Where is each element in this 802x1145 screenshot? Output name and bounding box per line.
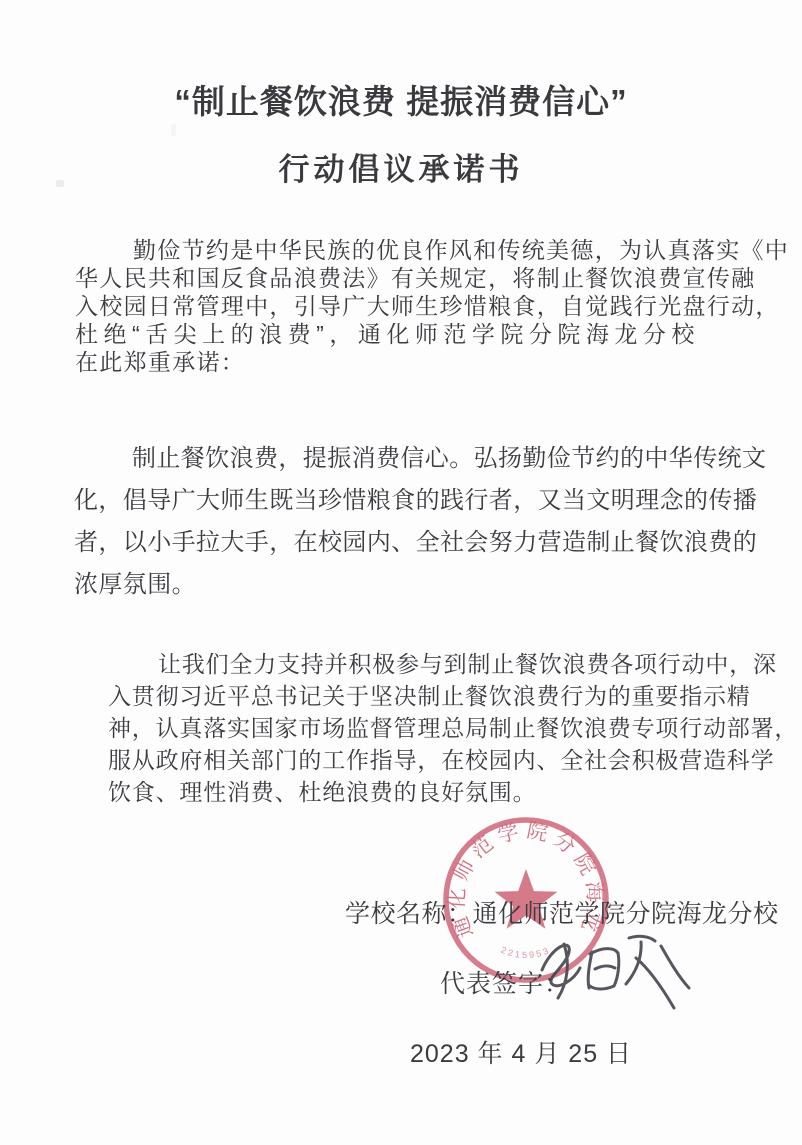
body-line: 化，倡导广大师生既当珍惜粮食的践行者，又当文明理念的传播 bbox=[74, 480, 735, 522]
body-line: 入校园日常管理中，引导广大师生珍惜粮食，自觉践行光盘行动， bbox=[75, 292, 735, 320]
body-line: 华人民共和国反食品浪费法》有关规定，将制止餐饮浪费宣传融 bbox=[75, 264, 735, 292]
body-line: 勤俭节约是中华民族的优良作风和传统美德，为认真落实《中 bbox=[75, 236, 735, 264]
document-page: “制止餐饮浪费 提振消费信心” 行动倡议承诺书 勤俭节约是中华民族的优良作风和传… bbox=[0, 0, 802, 1145]
body-line: 饮食、理性消费、杜绝浪费的良好氛围。 bbox=[108, 776, 736, 808]
body-line: 制止餐饮浪费，提振消费信心。弘扬勤俭节约的中华传统文 bbox=[74, 438, 735, 480]
body-line: 在此郑重承诺： bbox=[75, 348, 735, 376]
paragraph-3: 让我们全力支持并积极参与到制止餐饮浪费各项行动中，深 入贯彻习近平总书记关于坚决… bbox=[108, 648, 736, 808]
handwritten-signature bbox=[528, 918, 703, 1023]
date-line: 2023 年 4 月 25 日 bbox=[410, 1034, 632, 1070]
body-line: 杜绝“舌尖上的浪费”，通化师范学院分院海龙分校 bbox=[75, 320, 735, 348]
document-subtitle: 行动倡议承诺书 bbox=[0, 144, 802, 189]
body-line: 浓厚氛围。 bbox=[74, 564, 735, 606]
scan-artifact bbox=[171, 124, 176, 136]
document-title: “制止餐饮浪费 提振消费信心” bbox=[0, 76, 802, 123]
paragraph-2: 制止餐饮浪费，提振消费信心。弘扬勤俭节约的中华传统文 化，倡导广大师生既当珍惜粮… bbox=[74, 438, 735, 606]
body-line: 神，认真落实国家市场监督管理总局制止餐饮浪费专项行动部署， bbox=[108, 712, 736, 744]
body-line: 让我们全力支持并积极参与到制止餐饮浪费各项行动中，深 bbox=[108, 648, 736, 680]
paragraph-1: 勤俭节约是中华民族的优良作风和传统美德，为认真落实《中 华人民共和国反食品浪费法… bbox=[75, 236, 735, 376]
body-line: 者，以小手拉大手，在校园内、全社会努力营造制止餐饮浪费的 bbox=[74, 522, 735, 564]
body-line: 入贯彻习近平总书记关于坚决制止餐饮浪费行为的重要指示精 bbox=[108, 680, 736, 712]
body-line: 服从政府相关部门的工作指导，在校园内、全社会积极营造科学 bbox=[108, 744, 736, 776]
